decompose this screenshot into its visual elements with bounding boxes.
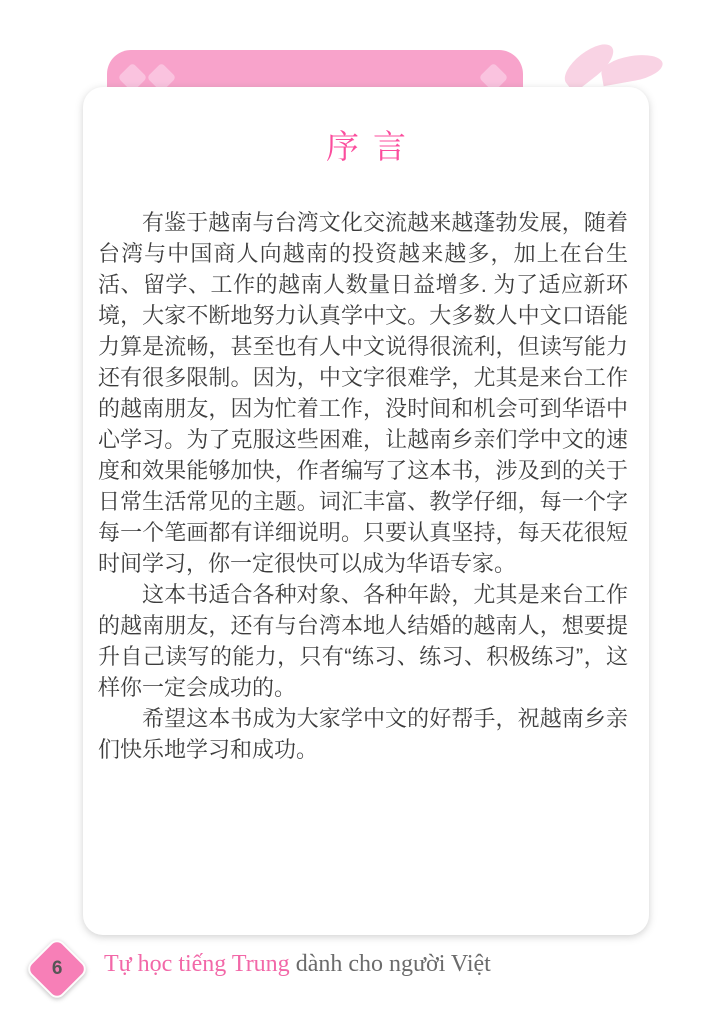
footer-series-subtitle: dành cho người Việt: [296, 951, 491, 977]
page-title: 序言: [83, 121, 649, 168]
preface-paragraph: 有鉴于越南与台湾文化交流越来越蓬勃发展，随着台湾与中国商人向越南的投资越来越多，…: [98, 207, 628, 579]
preface-body: 有鉴于越南与台湾文化交流越来越蓬勃发展，随着台湾与中国商人向越南的投资越来越多，…: [98, 207, 628, 765]
page-card: 序言 有鉴于越南与台湾文化交流越来越蓬勃发展，随着台湾与中国商人向越南的投资越来…: [83, 87, 649, 935]
page-number: 6: [52, 958, 63, 980]
diamond-page-badge: 6: [24, 936, 89, 1001]
footer-series-title: Tự học tiếng Trung: [104, 951, 290, 977]
preface-paragraph: 这本书适合各种对象、各种年龄，尤其是来台工作的越南朋友，还有与台湾本地人结婚的越…: [98, 579, 628, 703]
preface-paragraph: 希望这本书成为大家学中文的好帮手，祝越南乡亲们快乐地学习和成功。: [98, 703, 628, 765]
footer-book-title: Tự học tiếng Trung dành cho người Việt: [104, 951, 491, 978]
